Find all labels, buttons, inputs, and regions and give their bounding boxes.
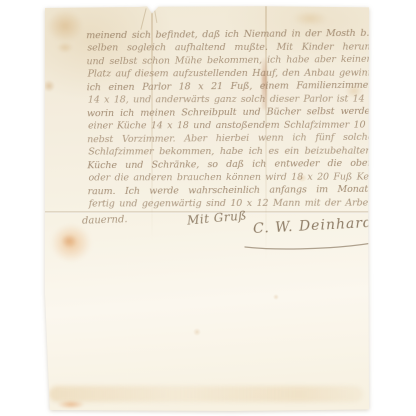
foxing-stain-left-edge: [43, 80, 55, 92]
letter-body: meinend sich befindet, daß ich Niemand i…: [86, 27, 374, 211]
letter-closing: Mit Gruß: [187, 208, 248, 227]
foxing-stain-bottom-left: [57, 400, 85, 409]
foxing-stain-top-left: [47, 10, 83, 42]
foxing-spot-2: [193, 328, 201, 336]
signature-flourish-underline: [241, 236, 401, 252]
foxing-stain-left-large: [51, 224, 91, 262]
letter-last-word: dauernd.: [82, 214, 128, 227]
scanned-letter-photo: meinend sich befindet, daß ich Niemand i…: [0, 0, 416, 416]
letter-paper: meinend sich befindet, daß ich Niemand i…: [45, 6, 369, 411]
foxing-spot-3: [273, 294, 279, 300]
top-edge-crease-right: [154, 7, 158, 23]
paper-sheet: meinend sich befindet, daß ich Niemand i…: [45, 6, 369, 411]
signature: C. W. Deinhard: [253, 215, 374, 237]
foxing-band-bottom: [49, 386, 363, 402]
foxing-stain-top-left-2: [57, 42, 73, 53]
foxing-stain-top-right: [293, 11, 327, 26]
foxing-stain-left-core: [61, 234, 77, 248]
top-edge-crease-left: [140, 8, 146, 30]
handwritten-line: fertig und gegenwärtig sind 10 x 12 Mann…: [89, 196, 375, 210]
